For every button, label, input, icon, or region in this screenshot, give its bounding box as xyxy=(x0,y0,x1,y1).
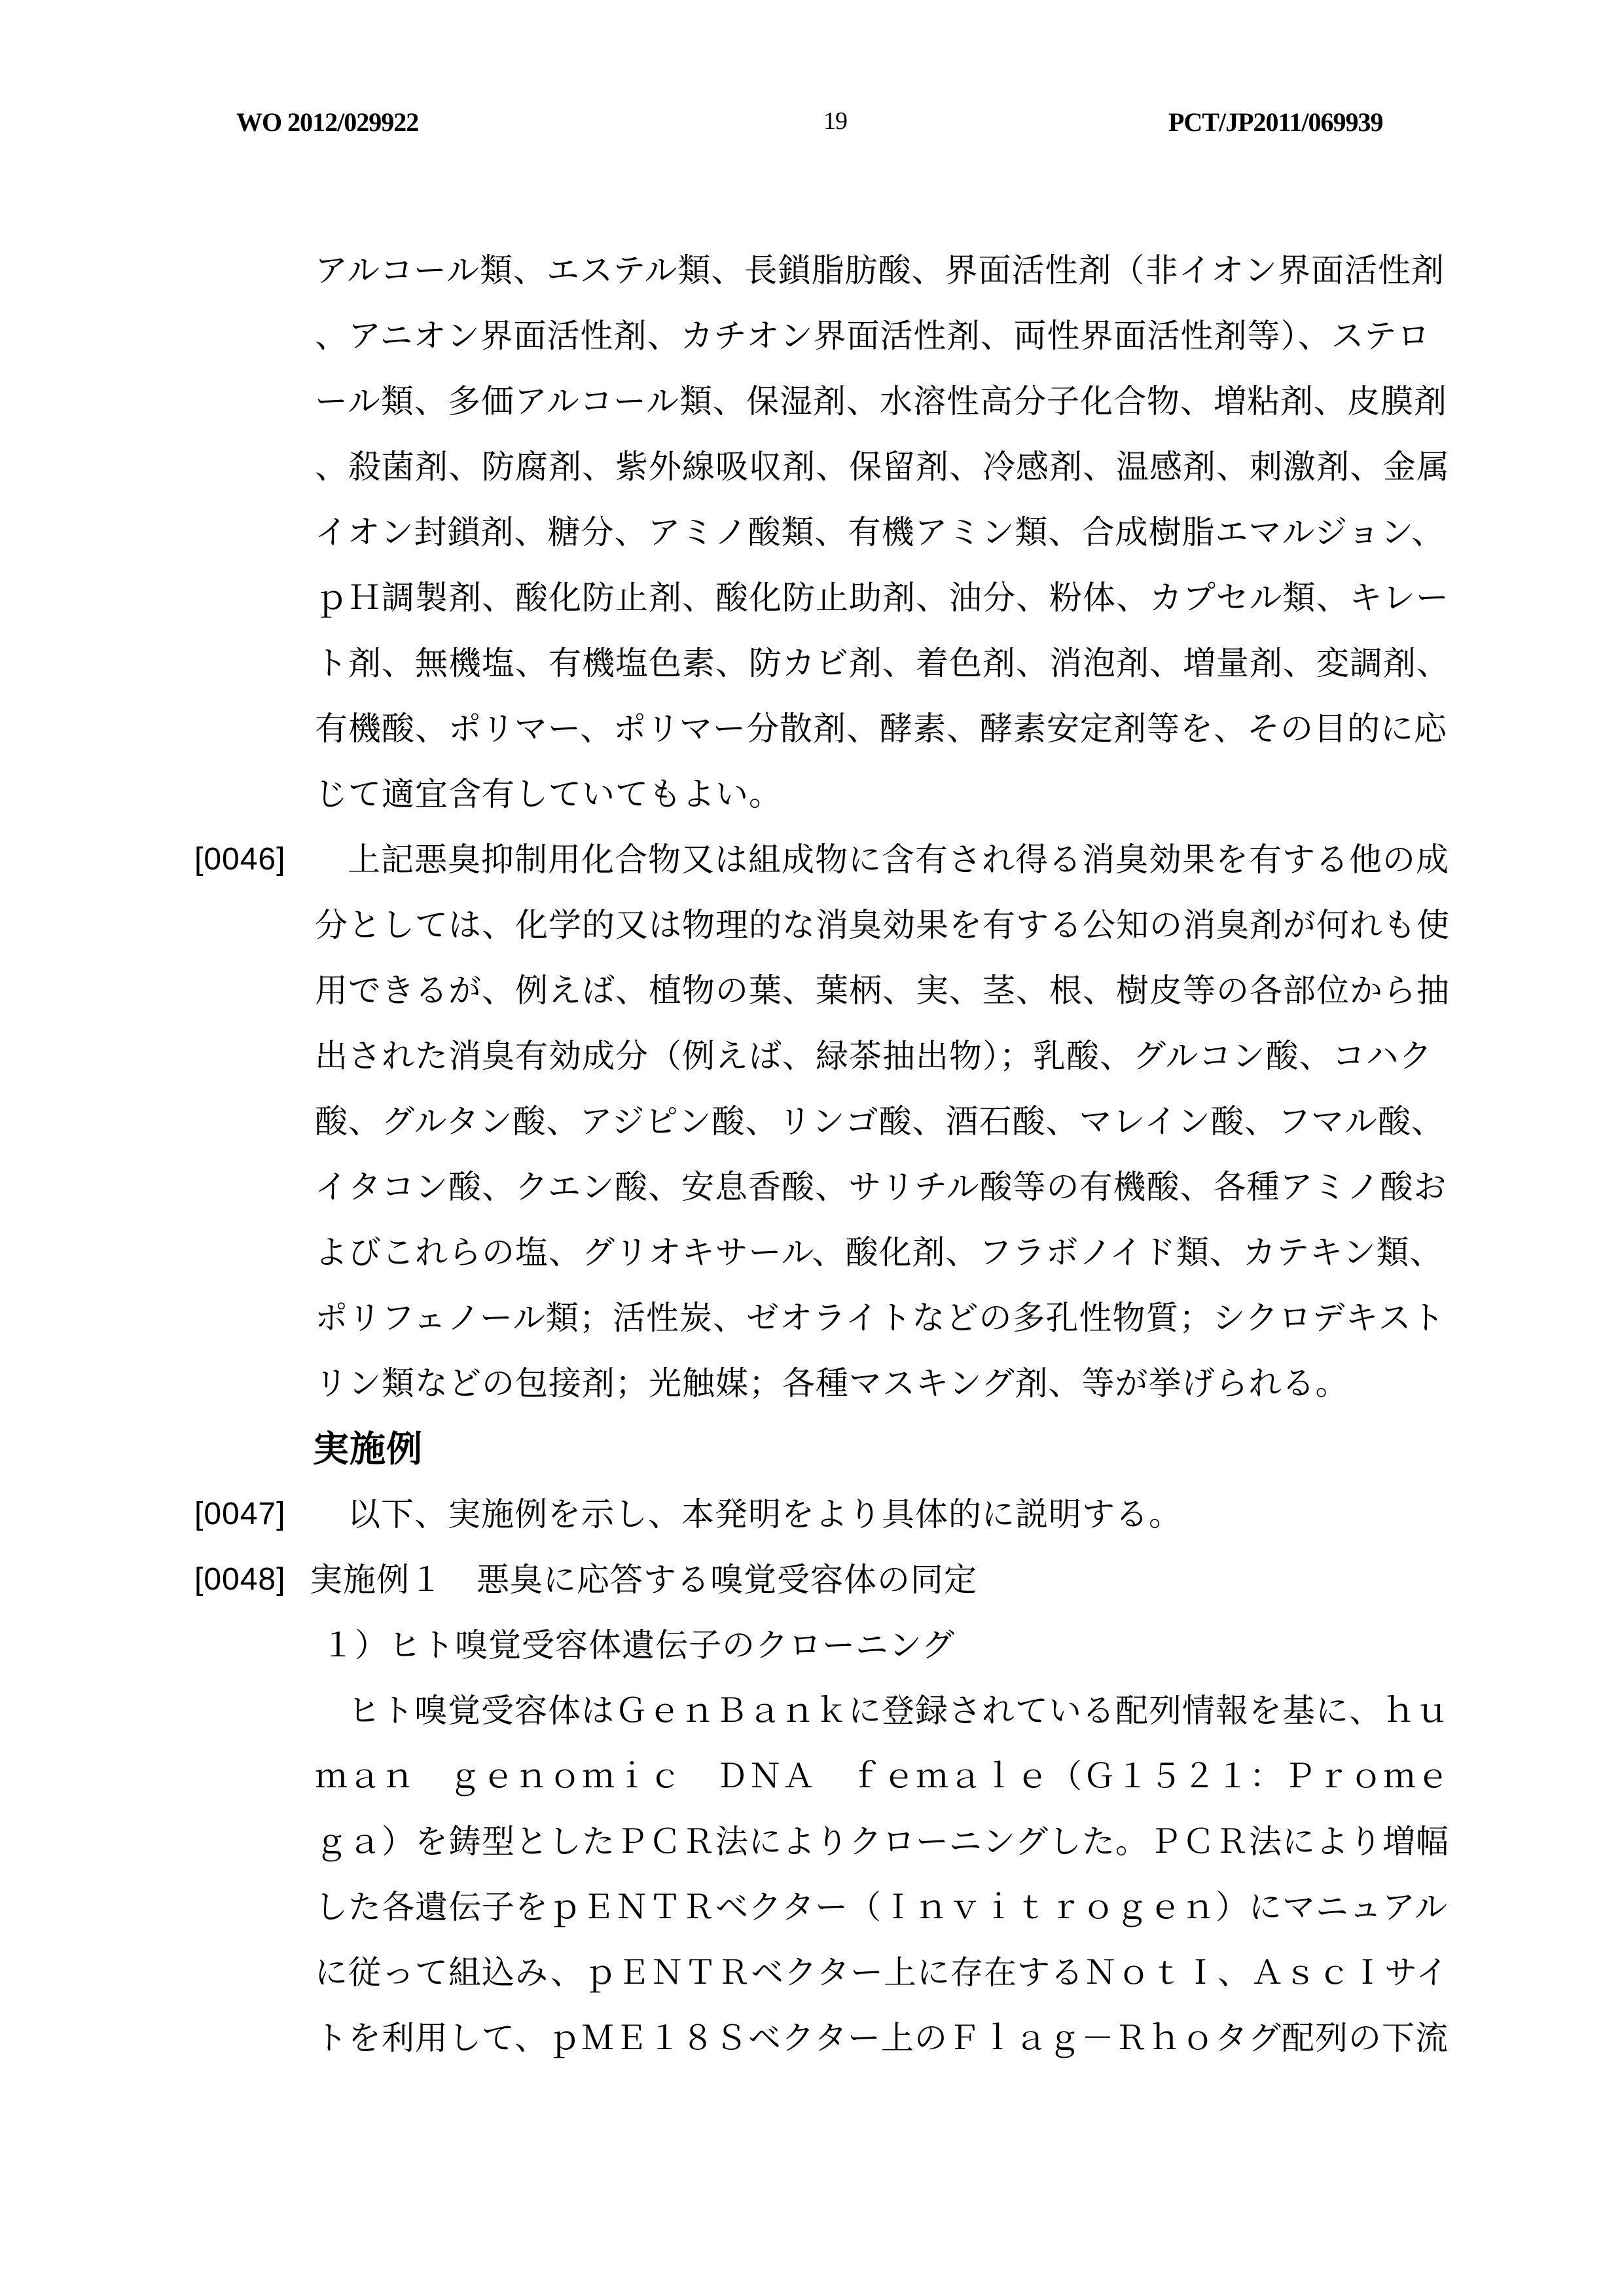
patent-document-page: WO 2012/029922 19 PCT/JP2011/069939 アルコー… xyxy=(0,0,1622,2296)
line-text: よびこれらの塩、グリオキサール、酸化剤、フラボノイド類、カテキン類、 xyxy=(315,1234,1443,1271)
line-text: 、殺菌剤、防腐剤、紫外線吸収剤、保留剤、冷感剤、温感剤、刺激剤、金属 xyxy=(315,448,1450,485)
text-line: ール類、多価アルコール類、保湿剤、水溶性高分子化合物、増粘剤、皮膜剤 xyxy=(0,369,1622,434)
paragraph-number: [0047] xyxy=(194,1482,285,1547)
paragraph-number: [0046] xyxy=(194,827,285,892)
text-line: 用できるが、例えば、植物の葉、葉柄、実、茎、根、樹皮等の各部位から抽 xyxy=(0,958,1622,1023)
line-text: 有機酸、ポリマー、ポリマー分散剤、酵素、酵素安定剤等を、その目的に応 xyxy=(315,710,1447,747)
document-body: アルコール類、エステル類、長鎖脂肪酸、界面活性剤（非イオン界面活性剤 、アニオン… xyxy=(0,238,1622,2071)
text-line: ヒト嗅覚受容体はＧｅｎＢａｎｋに登録されている配列情報を基に、ｈｕ xyxy=(0,1678,1622,1743)
line-text: に従って組込み、ｐＥＮＴＲベクター上に存在するＮｏｔＩ、ＡｓｃＩサイ xyxy=(315,1954,1449,1991)
line-text: トを利用して、ｐＭＥ１８Ｓベクター上のＦｌａｇ－Ｒｈｏタグ配列の下流 xyxy=(315,2020,1449,2056)
line-text: ト剤、無機塩、有機塩色素、防カビ剤、着色剤、消泡剤、増量剤、変調剤、 xyxy=(315,645,1450,682)
text-line: １）ヒト嗅覚受容体遺伝子のクローニング xyxy=(0,1613,1622,1678)
application-number: PCT/JP2011/069939 xyxy=(1168,107,1382,137)
line-text: 実施例 xyxy=(313,1429,423,1469)
text-line: した各遺伝子をｐＥＮＴＲベクター（Ｉｎｖｉｔｒｏｇｅｎ）にマニュアル xyxy=(0,1874,1622,1940)
text-line: ト剤、無機塩、有機塩色素、防カビ剤、着色剤、消泡剤、増量剤、変調剤、 xyxy=(0,630,1622,696)
text-line: よびこれらの塩、グリオキサール、酸化剤、フラボノイド類、カテキン類、 xyxy=(0,1220,1622,1285)
line-text: 上記悪臭抑制用化合物又は組成物に含有され得る消臭効果を有する他の成 xyxy=(348,841,1449,878)
line-text: じて適宜含有していてもよい。 xyxy=(315,776,782,812)
line-text: ポリフェノール類；活性炭、ゼオライトなどの多孔性物質；シクロデキスト xyxy=(315,1300,1445,1336)
text-line: 出された消臭有効成分（例えば、緑茶抽出物）；乳酸、グルコン酸、コハク xyxy=(0,1023,1622,1089)
line-text: 実施例１ 悪臭に応答する嗅覚受容体の同定 xyxy=(310,1561,977,1598)
section-heading: 実施例 xyxy=(0,1416,1622,1482)
line-text: １）ヒト嗅覚受容体遺伝子のクローニング xyxy=(321,1627,955,1664)
text-line: 、殺菌剤、防腐剤、紫外線吸収剤、保留剤、冷感剤、温感剤、刺激剤、金属 xyxy=(0,434,1622,500)
text-line: ｇａ）を鋳型としたＰＣＲ法によりクローニングした。ＰＣＲ法により増幅 xyxy=(0,1809,1622,1874)
text-line: イオン封鎖剤、糖分、アミノ酸類、有機アミン類、合成樹脂エマルジョン、 xyxy=(0,500,1622,565)
line-text: アルコール類、エステル類、長鎖脂肪酸、界面活性剤（非イオン界面活性剤 xyxy=(315,252,1445,289)
line-text: した各遺伝子をｐＥＮＴＲベクター（Ｉｎｖｉｔｒｏｇｅｎ）にマニュアル xyxy=(315,1889,1448,1925)
line-text: ｐＨ調製剤、酸化防止剤、酸化防止助剤、油分、粉体、カプセル類、キレー xyxy=(315,579,1449,616)
text-line: リン類などの包接剤；光触媒；各種マスキング剤、等が挙げられる。 xyxy=(0,1351,1622,1416)
publication-number: WO 2012/029922 xyxy=(236,107,418,137)
line-text: ヒト嗅覚受容体はＧｅｎＢａｎｋに登録されている配列情報を基に、ｈｕ xyxy=(348,1692,1449,1729)
line-text: リン類などの包接剤；光触媒；各種マスキング剤、等が挙げられる。 xyxy=(315,1365,1349,1402)
text-line: アルコール類、エステル類、長鎖脂肪酸、界面活性剤（非イオン界面活性剤 xyxy=(0,238,1622,303)
text-line: ポリフェノール類；活性炭、ゼオライトなどの多孔性物質；シクロデキスト xyxy=(0,1285,1622,1351)
text-line: に従って組込み、ｐＥＮＴＲベクター上に存在するＮｏｔＩ、ＡｓｃＩサイ xyxy=(0,1940,1622,2005)
text-line: じて適宜含有していてもよい。 xyxy=(0,761,1622,827)
text-line: 、アニオン界面活性剤、カチオン界面活性剤、両性界面活性剤等）、ステロ xyxy=(0,303,1622,369)
line-text: イタコン酸、クエン酸、安息香酸、サリチル酸等の有機酸、各種アミノ酸お xyxy=(315,1169,1447,1205)
text-line: [0047] 以下、実施例を示し、本発明をより具体的に説明する。 xyxy=(0,1482,1622,1547)
line-text: 酸、グルタン酸、アジピン酸、リンゴ酸、酒石酸、マレイン酸、フマル酸、 xyxy=(315,1103,1445,1140)
line-text: ｍａｎ ｇｅｎｏｍｉｃ ＤＮＡ ｆｅｍａｌｅ（Ｇ１５２１：Ｐｒｏｍｅ xyxy=(315,1758,1450,1795)
page-number: 19 xyxy=(823,107,847,136)
line-text: ール類、多価アルコール類、保湿剤、水溶性高分子化合物、増粘剤、皮膜剤 xyxy=(315,383,1447,420)
text-line: ｐＨ調製剤、酸化防止剤、酸化防止助剤、油分、粉体、カプセル類、キレー xyxy=(0,565,1622,630)
line-text: 以下、実施例を示し、本発明をより具体的に説明する。 xyxy=(348,1496,1182,1533)
text-line: イタコン酸、クエン酸、安息香酸、サリチル酸等の有機酸、各種アミノ酸お xyxy=(0,1154,1622,1220)
paragraph-number: [0048] xyxy=(194,1547,285,1613)
line-text: イオン封鎖剤、糖分、アミノ酸類、有機アミン類、合成樹脂エマルジョン、 xyxy=(315,514,1445,551)
text-line: 分としては、化学的又は物理的な消臭効果を有する公知の消臭剤が何れも使 xyxy=(0,892,1622,958)
line-text: 出された消臭有効成分（例えば、緑茶抽出物）；乳酸、グルコン酸、コハク xyxy=(315,1038,1433,1074)
text-line: [0048] 実施例１ 悪臭に応答する嗅覚受容体の同定 xyxy=(0,1547,1622,1613)
text-line: トを利用して、ｐＭＥ１８Ｓベクター上のＦｌａｇ－Ｒｈｏタグ配列の下流 xyxy=(0,2005,1622,2071)
text-line: 酸、グルタン酸、アジピン酸、リンゴ酸、酒石酸、マレイン酸、フマル酸、 xyxy=(0,1089,1622,1154)
text-line: ｍａｎ ｇｅｎｏｍｉｃ ＤＮＡ ｆｅｍａｌｅ（Ｇ１５２１：Ｐｒｏｍｅ xyxy=(0,1743,1622,1809)
text-line: 有機酸、ポリマー、ポリマー分散剤、酵素、酵素安定剤等を、その目的に応 xyxy=(0,696,1622,761)
line-text: ｇａ）を鋳型としたＰＣＲ法によりクローニングした。ＰＣＲ法により増幅 xyxy=(315,1823,1449,1860)
text-line: [0046] 上記悪臭抑制用化合物又は組成物に含有され得る消臭効果を有する他の成 xyxy=(0,827,1622,892)
line-text: 分としては、化学的又は物理的な消臭効果を有する公知の消臭剤が何れも使 xyxy=(315,907,1450,943)
line-text: 用できるが、例えば、植物の葉、葉柄、実、茎、根、樹皮等の各部位から抽 xyxy=(315,972,1450,1009)
line-text: 、アニオン界面活性剤、カチオン界面活性剤、両性界面活性剤等）、ステロ xyxy=(315,318,1431,354)
